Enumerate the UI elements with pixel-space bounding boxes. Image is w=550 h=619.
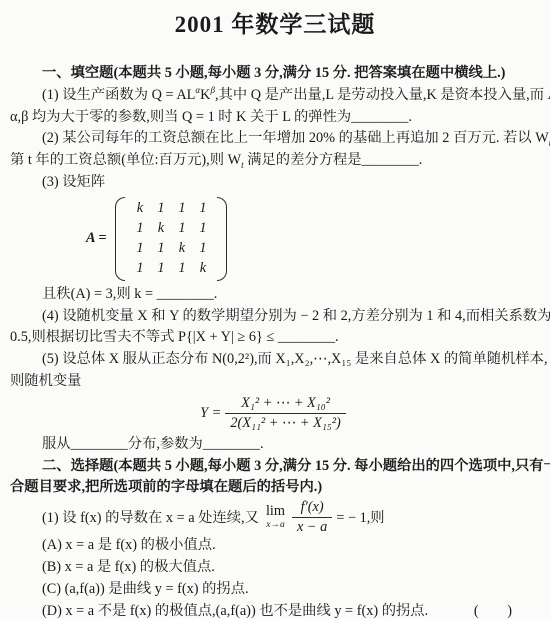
fill-q1-line1: (1) 设生产函数为 Q = ALαKβ,其中 Q 是产出量,L 是劳动投入量,… <box>10 85 540 107</box>
choice-section-heading-line2: 合题目要求,把所选项前的字母填在题后的括号内.) <box>10 477 540 499</box>
matrix-cell: 1 <box>150 240 171 257</box>
matrix-cell: 1 <box>192 240 213 257</box>
fill-q5-line2: 则随机变量 <box>10 371 540 393</box>
choice-q1-option-d: (D) x = a 不是 f(x) 的极值点,(a,f(a)) 也不是曲线 y … <box>10 601 540 619</box>
fill-q1-text-c: ,其中 Q 是产出量,L 是劳动投入量,K 是资本投入量,而 A, <box>215 87 550 103</box>
matrix-cell: 1 <box>171 220 192 237</box>
limit-subscript: x→a <box>266 521 284 531</box>
choice-q1-option-d-text: (D) x = a 不是 f(x) 的极值点,(a,f(a)) 也不是曲线 y … <box>42 601 428 619</box>
fill-q2-text-a: (2) 某公司每年的工资总额在比上一年增加 20% 的基础上再追加 2 百万元.… <box>42 130 549 146</box>
matrix-cell: 1 <box>150 260 171 277</box>
fill-q1-text-a: (1) 设生产函数为 Q = AL <box>42 87 195 103</box>
limit-numerator: f′(x) <box>296 499 329 517</box>
matrix-cell: 1 <box>171 200 192 217</box>
fill-q3-line2: 且秩(A) = 3,则 k = ________. <box>10 284 540 306</box>
exam-page: 2001 年数学三试题 一、填空题(本题共 5 小题,每小题 3 分,满分 15… <box>0 0 550 619</box>
answer-bracket: ( ) <box>474 601 512 619</box>
matrix-cell: 1 <box>129 220 150 237</box>
matrix-cell: 1 <box>192 220 213 237</box>
fill-q4-line2: 0.5,则根据切比雪夫不等式 P{|X + Y| ≥ 6} ≤ ________… <box>10 327 540 349</box>
fill-q1-line2: α,β 均为大于零的参数,则当 Q = 1 时 K 关于 L 的弹性为_____… <box>10 107 540 129</box>
matrix-paren-right <box>217 197 227 281</box>
fill-q5-line1: (5) 设总体 X 服从正态分布 N(0,2²),而 X₁,X₂,⋯,X₁₅ 是… <box>10 349 540 371</box>
limit-name: lim <box>266 504 285 518</box>
choice-q1-stem: (1) 设 f(x) 的导数在 x = a 处连续,又 lim x→a f′(x… <box>10 499 540 535</box>
choice-q1-option-a: (A) x = a 是 f(x) 的极小值点. <box>10 535 540 557</box>
choice-q1-option-b: (B) x = a 是 f(x) 的极大值点. <box>10 557 540 579</box>
y-formula-lhs: Y = <box>200 405 221 422</box>
limit-denominator: x − a <box>292 517 332 536</box>
limit-fraction: f′(x) x − a <box>292 499 332 536</box>
matrix-cell: 1 <box>150 200 171 217</box>
matrix-cell: k <box>129 200 150 217</box>
y-denominator: 2(X₁₁² + ⋯ + X₁₅²) <box>225 413 345 432</box>
matrix-grid: k111 1k11 11k1 111k <box>125 197 217 281</box>
choice-q1-stem-text-a: (1) 设 f(x) 的导数在 x = a 处连续,又 <box>42 507 259 527</box>
matrix-cell: k <box>150 220 171 237</box>
fill-q4-line1: (4) 设随机变量 X 和 Y 的数学期望分别为 − 2 和 2,方差分别为 1… <box>10 306 540 328</box>
matrix-block: A = k111 1k11 11k1 111k <box>86 197 540 281</box>
fill-q2-text-d: 满足的差分方程是________. <box>244 152 423 168</box>
y-formula: Y = X₁² + ⋯ + X₁₀² 2(X₁₁² + ⋯ + X₁₅²) <box>10 395 540 432</box>
matrix-cell: 1 <box>171 260 192 277</box>
fill-q2-text-c: 第 t 年的工资总额(单位:百万元),则 W <box>10 152 241 168</box>
fill-section-heading: 一、填空题(本题共 5 小题,每小题 3 分,满分 15 分. 把答案填在题中横… <box>10 63 540 85</box>
matrix-paren-left <box>115 197 125 281</box>
y-fraction: X₁² + ⋯ + X₁₀² 2(X₁₁² + ⋯ + X₁₅²) <box>225 395 345 432</box>
fill-q2-line2: 第 t 年的工资总额(单位:百万元),则 Wt 满足的差分方程是________… <box>10 150 540 172</box>
limit-operator: lim x→a <box>266 504 285 530</box>
choice-q1-option-c: (C) (a,f(a)) 是曲线 y = f(x) 的拐点. <box>10 579 540 601</box>
matrix-cell: k <box>192 260 213 277</box>
y-numerator: X₁² + ⋯ + X₁₀² <box>236 395 335 413</box>
fill-q2-line1: (2) 某公司每年的工资总额在比上一年增加 20% 的基础上再追加 2 百万元.… <box>10 128 540 150</box>
fill-q5-line3: 服从________分布,参数为________. <box>10 434 540 456</box>
fill-q3-line1: (3) 设矩阵 <box>10 172 540 194</box>
matrix-cell: 1 <box>129 240 150 257</box>
matrix-cell: k <box>171 240 192 257</box>
matrix-label: A = <box>86 230 106 247</box>
choice-q1-stem-text-b: = − 1,则 <box>336 507 384 527</box>
choice-section-heading-line1: 二、选择题(本题共 5 小题,每小题 3 分,满分 15 分. 每小题给出的四个… <box>10 456 540 478</box>
matrix-cell: 1 <box>129 260 150 277</box>
page-title: 2001 年数学三试题 <box>10 6 540 39</box>
matrix-cell: 1 <box>192 200 213 217</box>
fill-q1-text-b: K <box>200 87 210 103</box>
